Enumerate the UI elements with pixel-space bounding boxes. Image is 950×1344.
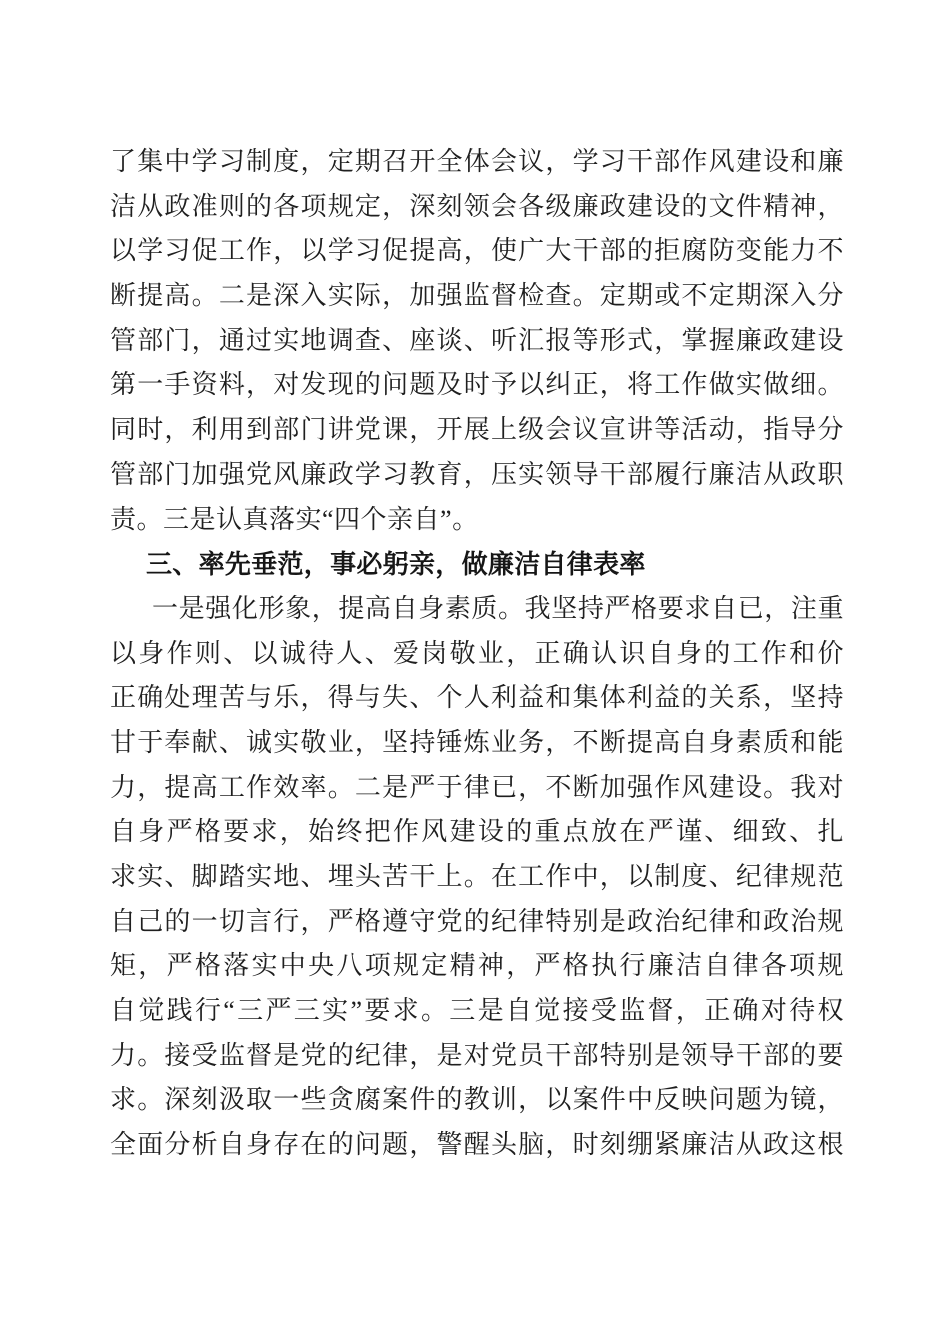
- text-line: 矩，严格落实中央八项规定精神，严格执行廉洁自律各项规定，: [110, 944, 844, 989]
- text-line: 正确处理苦与乐，得与失、个人利益和集体利益的关系，坚持: [110, 676, 844, 721]
- text-line: 责。三是认真落实“四个亲自”。: [110, 498, 844, 543]
- text-line: 第一手资料，对发现的问题及时予以纠正，将工作做实做细。: [110, 363, 844, 408]
- text-line: 了集中学习制度，定期召开全体会议，学习干部作风建设和廉: [110, 140, 844, 185]
- text-line: 断提高。二是深入实际，加强监督检查。定期或不定期深入分: [110, 274, 844, 319]
- text-line: 以身作则、以诚待人、爱岗敬业，正确认识自身的工作和价值，: [110, 632, 844, 677]
- text-line: 全面分析自身存在的问题，警醒头脑，时刻绷紧廉洁从政这根: [110, 1123, 844, 1168]
- text-line: 一是强化形象，提高自身素质。我坚持严格要求自已，注重: [110, 587, 844, 632]
- text-line: 力。接受监督是党的纪律，是对党员干部特别是领导干部的要: [110, 1034, 844, 1079]
- text-line: 洁从政准则的各项规定，深刻领会各级廉政建设的文件精神，: [110, 185, 844, 230]
- paragraph-body: 一是强化形象，提高自身素质。我坚持严格要求自已，注重 以身作则、以诚待人、爱岗敬…: [110, 587, 844, 1168]
- paragraph-continued: 了集中学习制度，定期召开全体会议，学习干部作风建设和廉 洁从政准则的各项规定，深…: [110, 140, 844, 542]
- text-line: 自身严格要求，始终把作风建设的重点放在严谨、细致、扎实、: [110, 810, 844, 855]
- text-line: 管部门，通过实地调查、座谈、听汇报等形式，掌握廉政建设: [110, 319, 844, 364]
- text-line: 管部门加强党风廉政学习教育，压实领导干部履行廉洁从政职: [110, 453, 844, 498]
- text-line: 求实、脚踏实地、埋头苦干上。在工作中，以制度、纪律规范: [110, 855, 844, 900]
- text-line: 同时，利用到部门讲党课，开展上级会议宣讲等活动，指导分: [110, 408, 844, 453]
- document-page: 了集中学习制度，定期召开全体会议，学习干部作风建设和廉 洁从政准则的各项规定，深…: [0, 0, 950, 1344]
- text-line: 以学习促工作，以学习促提高，使广大干部的拒腐防变能力不: [110, 229, 844, 274]
- text-line: 求。深刻汲取一些贪腐案件的教训，以案件中反映问题为镜，: [110, 1078, 844, 1123]
- text-line: 力，提高工作效率。二是严于律已，不断加强作风建设。我对: [110, 766, 844, 811]
- text-line: 自觉践行“三严三实”要求。三是自觉接受监督，正确对待权: [110, 989, 844, 1034]
- section-heading: 三、率先垂范，事必躬亲，做廉洁自律表率: [110, 542, 844, 587]
- text-line: 甘于奉献、诚实敬业，坚持锤炼业务，不断提高自身素质和能: [110, 721, 844, 766]
- text-line: 自己的一切言行，严格遵守党的纪律特别是政治纪律和政治规: [110, 900, 844, 945]
